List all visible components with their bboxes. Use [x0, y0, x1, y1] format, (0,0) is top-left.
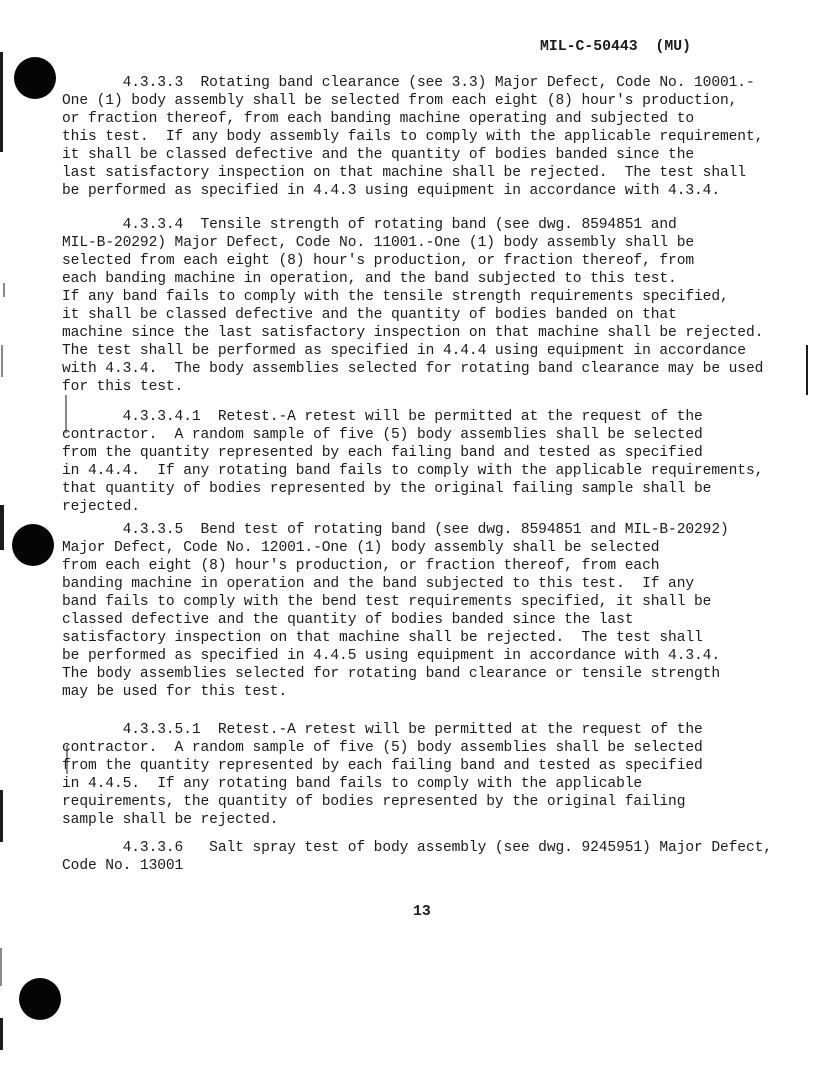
- paragraph-4-3-3-5: 4.3.3.5 Bend test of rotating band (see …: [62, 521, 807, 701]
- spec-number-header: MIL-C-50443 (MU): [540, 38, 691, 56]
- hole-punch-mark: [19, 978, 61, 1020]
- document-body: 4.3.3.3 Rotating band clearance (see 3.3…: [62, 74, 807, 875]
- scan-edge-mark: [3, 283, 5, 297]
- scan-edge-mark: [0, 505, 4, 550]
- paragraph-4-3-3-3: 4.3.3.3 Rotating band clearance (see 3.3…: [62, 74, 807, 200]
- page-number: 13: [413, 904, 431, 920]
- scan-edge-mark: [0, 1018, 3, 1050]
- paragraph-4-3-3-4: 4.3.3.4 Tensile strength of rotating ban…: [62, 216, 807, 396]
- document-page: MIL-C-50443 (MU) 4.3.3.3 Rotating band c…: [0, 0, 814, 1077]
- hole-punch-mark: [14, 57, 56, 99]
- scan-edge-mark: [1, 345, 3, 377]
- paragraph-4-3-3-5-1: 4.3.3.5.1 Retest.-A retest will be permi…: [62, 721, 807, 829]
- scan-edge-mark: [0, 790, 3, 842]
- hole-punch-mark: [12, 524, 54, 566]
- scan-edge-mark: [0, 52, 3, 152]
- scan-edge-mark: [0, 948, 2, 986]
- paragraph-4-3-3-4-1: 4.3.3.4.1 Retest.-A retest will be permi…: [62, 408, 807, 516]
- paragraph-4-3-3-6: 4.3.3.6 Salt spray test of body assembly…: [62, 839, 807, 875]
